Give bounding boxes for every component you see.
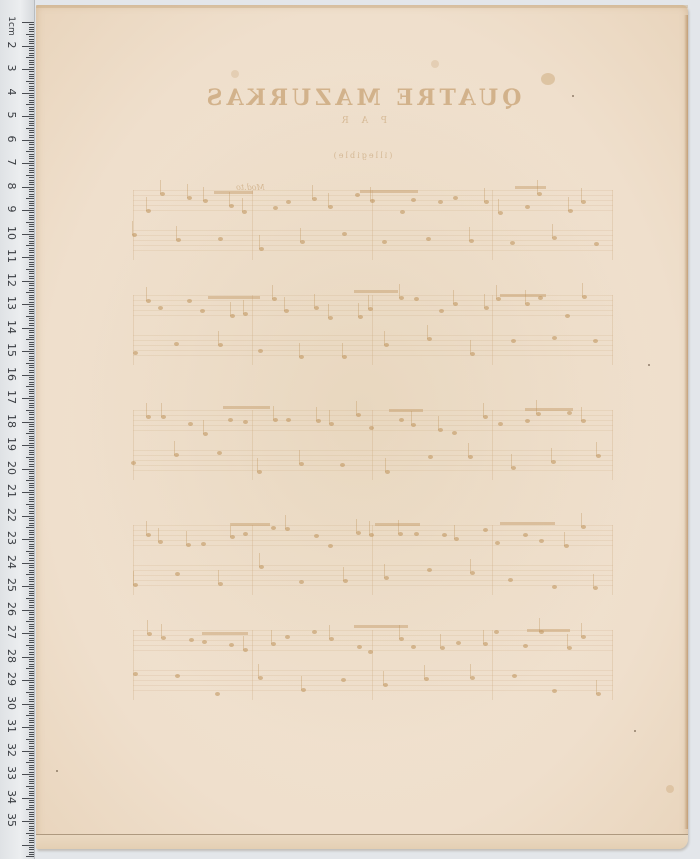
note-stem — [384, 564, 385, 578]
ruler-tick — [29, 125, 34, 126]
ruler-tick — [29, 805, 34, 806]
note-head — [539, 630, 544, 634]
ruler-tick — [29, 720, 34, 721]
note-head — [158, 306, 163, 310]
note-head — [202, 640, 207, 644]
ruler-tick — [29, 147, 34, 148]
note-head — [285, 527, 290, 531]
ruler-tick — [29, 379, 34, 380]
ruler-tick — [29, 393, 34, 394]
ruler-tick — [22, 516, 34, 517]
barline — [492, 410, 493, 480]
note-head — [581, 635, 586, 639]
ruler-label: 22 — [5, 505, 17, 525]
ruler-tick — [26, 81, 34, 82]
ruler-tick — [29, 60, 34, 61]
staff-line — [133, 230, 613, 231]
ruler-tick — [29, 767, 34, 768]
note-head — [329, 422, 334, 426]
ruler-tick — [29, 250, 34, 251]
ruler-tick — [29, 149, 34, 150]
note-head — [243, 420, 248, 424]
ruler-tick — [29, 560, 34, 561]
note-head — [161, 415, 166, 419]
ruler-tick — [26, 692, 34, 693]
note-head — [158, 540, 163, 544]
note-stem — [176, 226, 177, 240]
ruler-tick — [22, 845, 34, 846]
note-head — [356, 531, 361, 535]
staff-line — [133, 675, 613, 676]
ruler-tick — [29, 734, 34, 735]
document-page: QUATRE MAZURKAS P A R (illegible) Mod.to — [36, 5, 688, 849]
note-stem — [312, 185, 313, 199]
ruler-tick — [29, 675, 34, 676]
ruler-tick — [29, 830, 34, 831]
note-head — [355, 193, 360, 197]
ruler-tick — [26, 668, 34, 669]
note-head — [175, 674, 180, 678]
ruler-tick — [29, 840, 34, 841]
ruler-tick — [29, 520, 34, 521]
ruler-tick — [29, 452, 34, 453]
ruler-tick — [29, 671, 34, 672]
ruler-tick — [29, 426, 34, 427]
ruler-tick — [26, 739, 34, 740]
ruler-tick — [29, 661, 34, 662]
stain — [666, 785, 674, 793]
staff-line — [133, 535, 613, 536]
note-head — [582, 295, 587, 299]
ruler-tick — [26, 527, 34, 528]
ruler-label: 34 — [5, 787, 17, 807]
ruler-tick — [29, 443, 34, 444]
ruler-label: 2 — [5, 35, 17, 55]
note-stem — [427, 325, 428, 339]
barline — [492, 190, 493, 260]
note-head — [494, 630, 499, 634]
ruler-tick — [29, 224, 34, 225]
note-head — [132, 233, 137, 237]
note-head — [230, 535, 235, 539]
bleed-tempo: Mod.to — [236, 183, 265, 192]
ruler-tick — [29, 36, 34, 37]
ruler-tick — [29, 400, 34, 401]
staff-line — [133, 630, 613, 631]
note-stem — [536, 400, 537, 414]
note-stem — [483, 630, 484, 644]
note-head — [369, 533, 374, 537]
barline — [133, 410, 134, 480]
note-stem — [328, 304, 329, 318]
note-head — [468, 455, 473, 459]
ruler-tick — [29, 165, 34, 166]
ruler-tick — [22, 210, 34, 211]
speck — [648, 364, 650, 366]
note-head — [147, 632, 152, 636]
ruler-tick — [29, 273, 34, 274]
ruler-label: 28 — [5, 646, 17, 666]
note-stem — [454, 525, 455, 539]
note-head — [508, 578, 513, 582]
note-head — [299, 580, 304, 584]
ruler-tick — [26, 715, 34, 716]
ruler-tick — [29, 708, 34, 709]
note-stem — [581, 623, 582, 637]
ruler-label: 35 — [5, 810, 17, 830]
note-head — [470, 571, 475, 575]
ruler-tick — [29, 182, 34, 183]
note-stem — [512, 454, 513, 468]
ruler-tick — [29, 753, 34, 754]
ruler-tick — [26, 292, 34, 293]
note-head — [329, 637, 334, 641]
note-beam — [500, 522, 555, 525]
note-head — [146, 209, 151, 213]
note-head — [187, 299, 192, 303]
staff-line — [133, 565, 613, 566]
ruler-tick — [29, 238, 34, 239]
note-head — [340, 463, 345, 467]
note-stem — [564, 532, 565, 546]
ruler-tick — [22, 422, 34, 423]
ruler-tick — [29, 570, 34, 571]
ruler-tick — [22, 727, 34, 728]
ruler-tick — [26, 34, 34, 35]
ruler-tick — [29, 71, 34, 72]
ruler-tick — [26, 645, 34, 646]
ruler-tick — [29, 248, 34, 249]
note-stem — [525, 290, 526, 304]
note-head — [203, 199, 208, 203]
note-head — [411, 645, 416, 649]
note-stem — [299, 450, 300, 464]
ruler-tick — [29, 53, 34, 54]
ruler-label: 14 — [5, 317, 17, 337]
ruler-tick — [29, 360, 34, 361]
note-head — [328, 205, 333, 209]
ruler-tick — [29, 854, 34, 855]
ruler-tick — [29, 579, 34, 580]
staff-line — [133, 525, 613, 526]
barline — [612, 630, 613, 700]
note-head — [438, 428, 443, 432]
note-stem — [568, 197, 569, 211]
note-head — [525, 419, 530, 423]
ruler-tick — [29, 372, 34, 373]
ruler-tick — [29, 255, 34, 256]
note-head — [384, 576, 389, 580]
ruler-label: 11 — [5, 246, 17, 266]
note-stem — [552, 224, 553, 238]
note-head — [537, 192, 542, 196]
note-stem — [146, 287, 147, 301]
ruler-tick — [29, 743, 34, 744]
ruler-tick — [29, 791, 34, 792]
note-head — [525, 302, 530, 306]
ruler-tick — [22, 492, 34, 493]
note-stem — [440, 634, 441, 648]
note-head — [218, 582, 223, 586]
note-head — [229, 204, 234, 208]
note-head — [498, 422, 503, 426]
ruler-tick — [29, 335, 34, 336]
note-head — [312, 630, 317, 634]
note-stem — [581, 407, 582, 421]
note-head — [133, 672, 138, 676]
ruler-tick — [29, 577, 34, 578]
ruler-tick — [26, 762, 34, 763]
ruler-tick — [29, 555, 34, 556]
note-beam — [500, 294, 546, 297]
note-stem — [369, 521, 370, 535]
ruler-tick — [29, 612, 34, 613]
ruler-label: 23 — [5, 528, 17, 548]
ruler-tick — [26, 175, 34, 176]
note-stem — [385, 458, 386, 472]
note-stem — [581, 513, 582, 527]
note-head — [146, 299, 151, 303]
note-head — [552, 689, 557, 693]
note-head — [176, 238, 181, 242]
ruler-tick — [29, 494, 34, 495]
note-head — [411, 198, 416, 202]
barline — [133, 190, 134, 260]
page-right-edge — [684, 15, 688, 829]
ruler-tick — [29, 642, 34, 643]
staff-line — [133, 340, 613, 341]
ruler-label: 3 — [5, 58, 17, 78]
ruler-tick — [29, 283, 34, 284]
ruler-tick — [29, 781, 34, 782]
ruler-tick — [29, 523, 34, 524]
note-stem — [469, 227, 470, 241]
ruler-tick — [29, 229, 34, 230]
ruler-tick — [29, 802, 34, 803]
ruler-tick — [29, 732, 34, 733]
note-stem — [146, 403, 147, 417]
staff-line — [133, 465, 613, 466]
note-head — [581, 200, 586, 204]
ruler-tick — [29, 83, 34, 84]
ruler-tick — [29, 396, 34, 397]
note-head — [484, 200, 489, 204]
staff-line — [133, 415, 613, 416]
note-stem — [146, 521, 147, 535]
bleed-music-system — [133, 630, 613, 700]
note-stem — [484, 188, 485, 202]
ruler-tick — [29, 581, 34, 582]
ruler-tick — [29, 647, 34, 648]
ruler-tick — [29, 826, 34, 827]
note-head — [424, 677, 429, 681]
ruler-tick — [29, 266, 34, 267]
ruler-tick — [29, 184, 34, 185]
ruler-tick — [29, 619, 34, 620]
note-head — [328, 316, 333, 320]
staff-line — [133, 240, 613, 241]
staff-line — [133, 295, 613, 296]
note-head — [564, 544, 569, 548]
ruler-tick — [29, 600, 34, 601]
note-beam — [223, 406, 270, 409]
ruler-tick — [29, 508, 34, 509]
note-head — [314, 306, 319, 310]
ruler-label: 32 — [5, 740, 17, 760]
staff-line — [133, 350, 613, 351]
ruler-tick — [29, 659, 34, 660]
ruler-tick — [29, 219, 34, 220]
ruler-tick — [22, 657, 34, 658]
ruler-tick — [29, 497, 34, 498]
barline — [492, 525, 493, 595]
note-head — [581, 419, 586, 423]
note-stem — [316, 407, 317, 421]
ruler-tick — [29, 838, 34, 839]
ruler-tick — [26, 551, 34, 552]
staff-line — [133, 195, 613, 196]
note-head — [454, 537, 459, 541]
ruler-tick — [29, 682, 34, 683]
note-beam — [231, 523, 271, 526]
ruler-tick — [29, 687, 34, 688]
note-head — [174, 342, 179, 346]
note-stem — [230, 523, 231, 537]
note-head — [161, 636, 166, 640]
ruler-tick — [29, 548, 34, 549]
ruler-label: 21 — [5, 481, 17, 501]
ruler-tick — [26, 198, 34, 199]
ruler-tick — [29, 161, 34, 162]
note-stem — [186, 531, 187, 545]
note-stem — [370, 187, 371, 201]
ruler-tick — [29, 24, 34, 25]
ruler-tick — [26, 833, 34, 834]
note-head — [398, 532, 403, 536]
staff-line — [133, 670, 613, 671]
ruler-tick — [29, 142, 34, 143]
ruler-label: 8 — [5, 176, 17, 196]
barline — [612, 525, 613, 595]
note-stem — [484, 294, 485, 308]
ruler-tick — [29, 252, 34, 253]
note-head — [218, 237, 223, 241]
ruler-tick — [29, 29, 34, 30]
note-head — [286, 200, 291, 204]
note-stem — [470, 559, 471, 573]
bleed-composer: (illegible) — [36, 151, 688, 160]
ruler-tick — [29, 567, 34, 568]
ruler-tick — [29, 461, 34, 462]
staff-line — [133, 585, 613, 586]
ruler-tick — [22, 257, 34, 258]
ruler-tick — [29, 318, 34, 319]
ruler-tick — [29, 617, 34, 618]
ruler-tick — [29, 88, 34, 89]
note-head — [342, 232, 347, 236]
ruler-tick — [29, 102, 34, 103]
note-stem — [301, 676, 302, 690]
ruler-tick — [29, 776, 34, 777]
staff-line — [133, 545, 613, 546]
ruler-tick — [29, 605, 34, 606]
ruler-tick — [29, 537, 34, 538]
ruler-label: 29 — [5, 669, 17, 689]
note-stem — [596, 680, 597, 694]
note-head — [427, 337, 432, 341]
ruler-tick — [29, 208, 34, 209]
ruler-tick — [29, 624, 34, 625]
ruler-tick — [29, 746, 34, 747]
speck — [572, 95, 574, 97]
note-head — [551, 460, 556, 464]
note-head — [399, 296, 404, 300]
barline — [252, 525, 253, 595]
staff-line — [133, 640, 613, 641]
ruler-tick — [29, 499, 34, 500]
note-head — [498, 211, 503, 215]
staff-line — [133, 680, 613, 681]
ruler-label: 10 — [5, 223, 17, 243]
ruler-tick — [29, 816, 34, 817]
ruler-tick — [29, 50, 34, 51]
ruler-label: 6 — [5, 129, 17, 149]
ruler-tick — [22, 774, 34, 775]
ruler-tick — [26, 128, 34, 129]
note-stem — [259, 235, 260, 249]
ruler-tick — [29, 835, 34, 836]
staff-line — [133, 305, 613, 306]
ruler-tick — [29, 530, 34, 531]
note-head — [175, 572, 180, 576]
ruler-tick — [22, 351, 34, 352]
note-head — [453, 302, 458, 306]
note-stem — [273, 406, 274, 420]
ruler-tick — [29, 807, 34, 808]
ruler-tick — [29, 572, 34, 573]
note-head — [357, 645, 362, 649]
ruler-tick — [29, 471, 34, 472]
ruler-label: 9 — [5, 199, 17, 219]
ruler-tick — [22, 563, 34, 564]
note-stem — [496, 285, 497, 299]
ruler-tick — [29, 132, 34, 133]
ruler-tick — [29, 649, 34, 650]
note-head — [217, 451, 222, 455]
ruler-tick — [22, 22, 34, 23]
note-head — [426, 237, 431, 241]
ruler-tick — [22, 633, 34, 634]
ruler-tick — [29, 635, 34, 636]
ruler-tick — [29, 417, 34, 418]
ruler-tick — [29, 414, 34, 415]
ruler-label: 15 — [5, 340, 17, 360]
ruler-tick — [22, 375, 34, 376]
ruler-label: 31 — [5, 716, 17, 736]
note-stem — [299, 343, 300, 357]
ruler-tick — [29, 565, 34, 566]
ruler-tick — [29, 614, 34, 615]
ruler-tick — [29, 405, 34, 406]
ruler-tick — [26, 222, 34, 223]
ruler-label: 30 — [5, 693, 17, 713]
ruler-label: 27 — [5, 622, 17, 642]
ruler-tick — [29, 311, 34, 312]
note-head — [567, 646, 572, 650]
barline — [612, 190, 613, 260]
ruler-tick — [22, 398, 34, 399]
ruler-tick — [29, 800, 34, 801]
